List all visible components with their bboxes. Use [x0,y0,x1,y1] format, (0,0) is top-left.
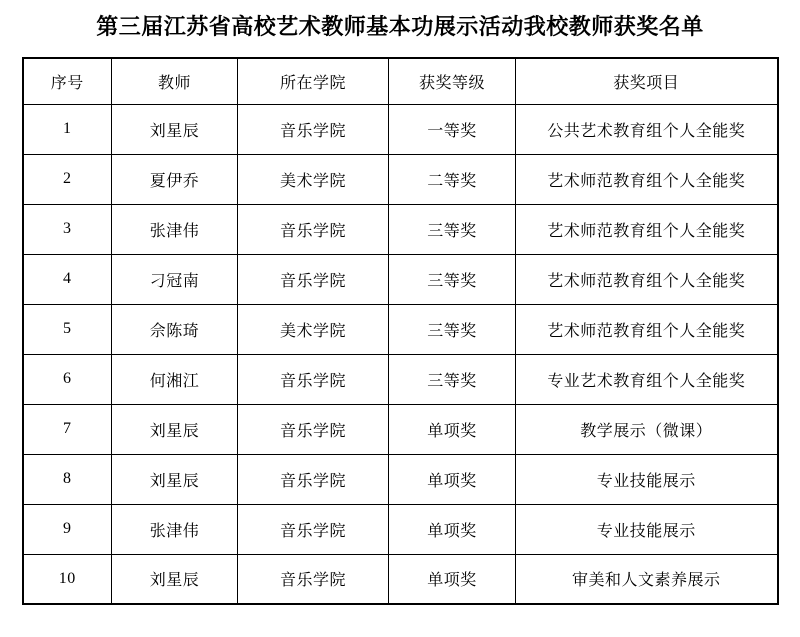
table-cell: 教学展示（微课） [516,404,778,454]
document-page: 第三届江苏省高校艺术教师基本功展示活动我校教师获奖名单 序号教师所在学院获奖等级… [0,0,800,637]
table-cell: 佘陈琦 [112,304,238,354]
table-cell: 艺术师范教育组个人全能奖 [516,304,778,354]
table-cell: 何湘江 [112,354,238,404]
table-cell: 音乐学院 [238,554,389,604]
table-row: 9张津伟音乐学院单项奖专业技能展示 [23,504,778,554]
table-cell: 美术学院 [238,304,389,354]
table-cell: 2 [23,154,112,204]
table-cell: 刘星辰 [112,404,238,454]
table-cell: 夏伊乔 [112,154,238,204]
table-cell: 三等奖 [389,254,516,304]
table-cell: 6 [23,354,112,404]
table-cell: 4 [23,254,112,304]
table-row: 3张津伟音乐学院三等奖艺术师范教育组个人全能奖 [23,204,778,254]
table-row: 10刘星辰音乐学院单项奖审美和人文素养展示 [23,554,778,604]
table-cell: 张津伟 [112,204,238,254]
table-cell: 音乐学院 [238,354,389,404]
table-cell: 张津伟 [112,504,238,554]
table-cell: 5 [23,304,112,354]
awards-table: 序号教师所在学院获奖等级获奖项目 1刘星辰音乐学院一等奖公共艺术教育组个人全能奖… [22,57,779,605]
table-cell: 美术学院 [238,154,389,204]
table-cell: 刘星辰 [112,454,238,504]
table-row: 2夏伊乔美术学院二等奖艺术师范教育组个人全能奖 [23,154,778,204]
table-cell: 7 [23,404,112,454]
table-cell: 单项奖 [389,504,516,554]
table-row: 5佘陈琦美术学院三等奖艺术师范教育组个人全能奖 [23,304,778,354]
page-title: 第三届江苏省高校艺术教师基本功展示活动我校教师获奖名单 [0,14,800,40]
table-cell: 刁冠南 [112,254,238,304]
table-cell: 刘星辰 [112,554,238,604]
table-cell: 10 [23,554,112,604]
table-cell: 9 [23,504,112,554]
table-cell: 音乐学院 [238,404,389,454]
table-head: 序号教师所在学院获奖等级获奖项目 [23,58,778,104]
column-header: 获奖项目 [516,58,778,104]
table-cell: 艺术师范教育组个人全能奖 [516,204,778,254]
table-cell: 音乐学院 [238,104,389,154]
table-cell: 三等奖 [389,354,516,404]
column-header: 获奖等级 [389,58,516,104]
table-row: 4刁冠南音乐学院三等奖艺术师范教育组个人全能奖 [23,254,778,304]
table-cell: 8 [23,454,112,504]
table-cell: 刘星辰 [112,104,238,154]
table-cell: 一等奖 [389,104,516,154]
column-header: 所在学院 [238,58,389,104]
table-cell: 艺术师范教育组个人全能奖 [516,254,778,304]
table-cell: 审美和人文素养展示 [516,554,778,604]
table-row: 1刘星辰音乐学院一等奖公共艺术教育组个人全能奖 [23,104,778,154]
table-cell: 单项奖 [389,554,516,604]
table-cell: 单项奖 [389,404,516,454]
table-cell: 3 [23,204,112,254]
table-cell: 专业技能展示 [516,454,778,504]
table-cell: 艺术师范教育组个人全能奖 [516,154,778,204]
table-cell: 音乐学院 [238,504,389,554]
column-header: 序号 [23,58,112,104]
column-header: 教师 [112,58,238,104]
table-cell: 三等奖 [389,304,516,354]
table-body: 1刘星辰音乐学院一等奖公共艺术教育组个人全能奖2夏伊乔美术学院二等奖艺术师范教育… [23,104,778,604]
table-cell: 专业技能展示 [516,504,778,554]
table-row: 7刘星辰音乐学院单项奖教学展示（微课） [23,404,778,454]
table-header-row: 序号教师所在学院获奖等级获奖项目 [23,58,778,104]
table-row: 6何湘江音乐学院三等奖专业艺术教育组个人全能奖 [23,354,778,404]
table-row: 8刘星辰音乐学院单项奖专业技能展示 [23,454,778,504]
table-cell: 音乐学院 [238,254,389,304]
table-cell: 音乐学院 [238,204,389,254]
table-cell: 1 [23,104,112,154]
table-cell: 专业艺术教育组个人全能奖 [516,354,778,404]
table-cell: 音乐学院 [238,454,389,504]
table-cell: 单项奖 [389,454,516,504]
table-cell: 公共艺术教育组个人全能奖 [516,104,778,154]
table-cell: 三等奖 [389,204,516,254]
table-cell: 二等奖 [389,154,516,204]
